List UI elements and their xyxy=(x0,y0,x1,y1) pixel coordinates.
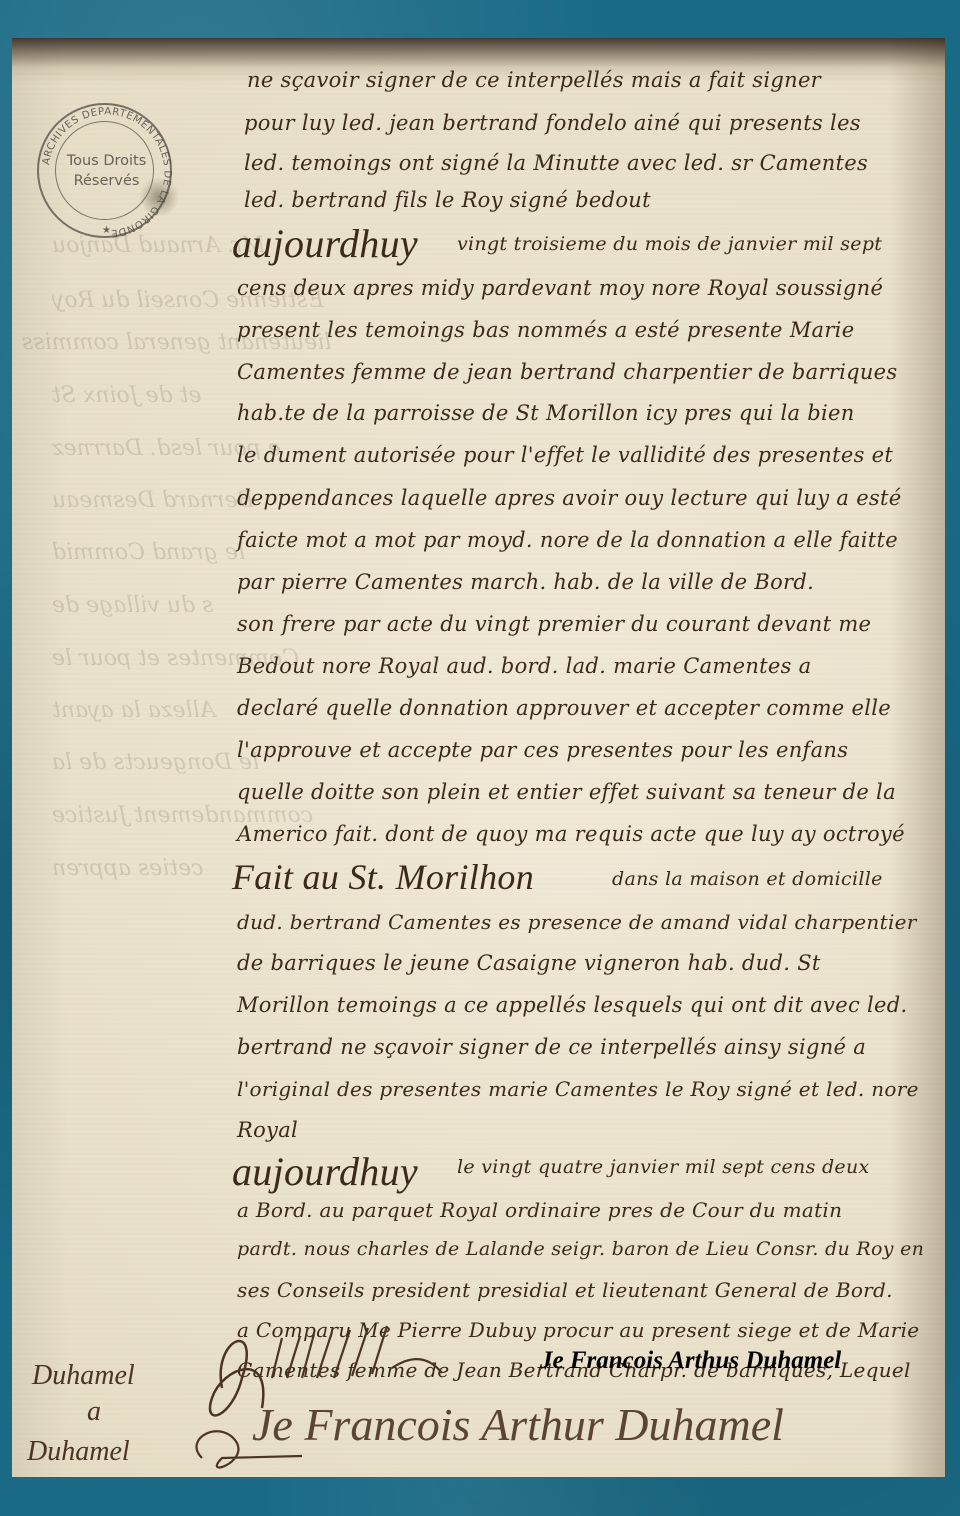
stamp-line-1: Tous Droits xyxy=(39,151,174,171)
manuscript-line: l'original des presentes marie Camentes … xyxy=(237,1077,919,1101)
manuscript-line: led. temoings ont signé la Minutte avec … xyxy=(244,151,868,175)
manuscript-line: pardt. nous charles de Lalande seigr. ba… xyxy=(237,1238,924,1260)
manuscript-line: pour luy led. jean bertrand fondelo ainé… xyxy=(244,111,861,135)
caption-label: Je Francois Arthus Duhamel xyxy=(540,1347,841,1375)
manuscript-line: Americo fait. dont de quoy ma requis act… xyxy=(237,822,905,846)
manuscript-line: de barriques le jeune Casaigne vigneron … xyxy=(237,951,821,975)
manuscript-line: Camentes femme de jean bertrand charpent… xyxy=(237,360,897,384)
section-heading-aujourdhuy: aujourdhuy xyxy=(232,220,418,267)
section-heading-aujourdhuy-2: aujourdhuy xyxy=(232,1148,418,1195)
manuscript-line: present les temoings bas nommés a esté p… xyxy=(237,318,854,342)
manuscript-line: Royal xyxy=(237,1118,298,1142)
manuscript-line: cens deux apres midy pardevant moy nore … xyxy=(237,276,883,300)
manuscript-line: l'approuve et accepte par ces presentes … xyxy=(237,738,848,762)
manuscript-line: ses Conseils president presidial et lieu… xyxy=(237,1278,893,1302)
manuscript-line: dans la maison et domicille xyxy=(612,868,883,890)
manuscript-line: hab.te de la parroisse de St Morillon ic… xyxy=(237,401,855,425)
manuscript-line: ne sçavoir signer de ce interpellés mais… xyxy=(247,68,821,92)
archive-watermark-stamp: ARCHIVES DEPARTEMENTALES DE LA GIRONDE ★… xyxy=(37,103,172,238)
manuscript-line: declaré quelle donnation approuver et ac… xyxy=(237,696,891,720)
margin-signature-bottom: Duhamel xyxy=(27,1436,130,1468)
manuscript-line: quelle doitte son plein et entier effet … xyxy=(237,780,896,804)
document-page: Mr. Arnaud Danjou Estienne Conseil du Ro… xyxy=(12,38,945,1477)
margin-signature-mid: a xyxy=(87,1396,101,1428)
manuscript-line: bertrand ne sçavoir signer de ce interpe… xyxy=(237,1035,866,1059)
main-signature: Je Francois Arthur Duhamel xyxy=(252,1398,784,1451)
margin-signature-top: Duhamel xyxy=(32,1360,135,1392)
svg-text:★: ★ xyxy=(102,225,111,236)
manuscript-line: faicte mot a mot par moyd. nore de la do… xyxy=(237,528,898,552)
manuscript-line: deppendances laquelle apres avoir ouy le… xyxy=(237,486,901,510)
manuscript-line: Bedout nore Royal aud. bord. lad. marie … xyxy=(237,654,812,678)
manuscript-line: a Bord. au parquet Royal ordinaire pres … xyxy=(237,1198,842,1222)
manuscript-line: son frere par acte du vingt premier du c… xyxy=(237,612,871,636)
manuscript-line: dud. bertrand Camentes es presence de am… xyxy=(237,910,917,934)
manuscript-line: vingt troisieme du mois de janvier mil s… xyxy=(457,233,882,255)
manuscript-line: led. bertrand fils le Roy signé bedout xyxy=(244,188,651,212)
section-heading-fait-au: Fait au St. Morilhon xyxy=(232,856,534,898)
manuscript-line: Morillon temoings a ce appellés lesquels… xyxy=(237,993,907,1017)
manuscript-line: le dument autorisée pour l'effet le vall… xyxy=(237,443,893,467)
stamp-line-2: Réservés xyxy=(39,171,174,191)
manuscript-line: le vingt quatre janvier mil sept cens de… xyxy=(457,1156,870,1178)
manuscript-line: par pierre Camentes march. hab. de la vi… xyxy=(237,570,814,594)
